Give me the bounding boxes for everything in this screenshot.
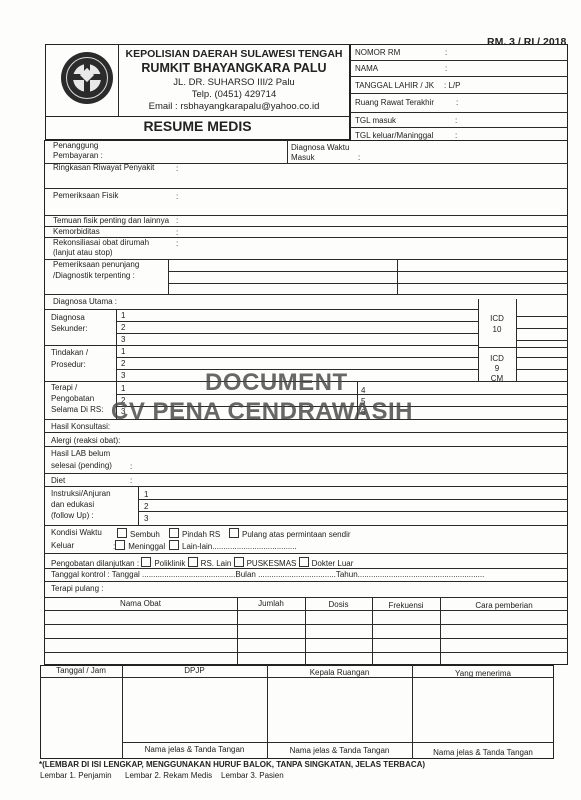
diagnosa-utama-label: Diagnosa Utama : [53,297,117,307]
divider [44,525,568,526]
divider [138,486,139,525]
row-number: 1 [121,384,125,394]
column-header: DPJP [122,666,267,676]
kondisi-option-meninggal[interactable]: :Meninggal [113,540,165,552]
kondisi-option-pulang-sendiri[interactable]: Pulang atas permintaan sendir [229,528,351,540]
column-header: Nama Obat [44,599,237,609]
instruksi-label: (follow Up) : [51,511,94,521]
column-header: Dosis [305,600,372,610]
divider [44,581,568,582]
diet-label: Diet [51,476,65,486]
terapi-label: Pengobatan [51,394,94,404]
row-number: 1 [121,311,125,321]
column-header: Jumlah [237,599,305,609]
option-label: Poliklinik [154,559,185,568]
tgl-masuk-field[interactable] [462,114,564,126]
hospital-phone: Telp. (0451) 429714 [118,90,350,100]
icd10-label: ICD [478,314,516,324]
kemorbiditas-label: Kemorbiditas [53,227,100,237]
checkbox[interactable] [115,540,125,550]
terapi-label: Selama Di RS: [51,405,103,415]
rekonsiliasi-label: (lanjut atau stop) [53,248,113,258]
colon: : [130,462,132,472]
terapi-label: Terapi / [51,383,77,393]
icd9-label: 9 [478,364,516,374]
option-label: RS. Lain [201,559,232,568]
kondisi-option-sembuh[interactable]: Sembuh [117,528,160,540]
penunjang-field[interactable] [399,260,565,293]
checkbox[interactable] [229,528,239,538]
penanggung-field[interactable] [110,148,285,161]
option-label: Dokter Luar [312,559,354,568]
instruksi-label: Instruksi/Anjuran [51,489,111,499]
divider [350,93,568,94]
diagnosa-masuk-label: Masuk [291,153,315,163]
kondisi-label: Keluar [51,541,74,551]
checkbox[interactable] [169,540,179,550]
row-number: 3 [144,514,148,524]
instruksi-label: dan edukasi [51,500,94,510]
penanggung-label: Pembayaran : [53,151,103,161]
rekonsiliasi-field[interactable] [183,238,563,258]
patient-field-label: NOMOR RM [355,48,400,58]
riwayat-field[interactable] [183,164,563,186]
divider [350,76,568,77]
tindakan-label: Prosedur: [51,360,86,370]
checkbox[interactable] [299,557,309,567]
ruang-rawat-field[interactable] [463,96,564,110]
column-header: Tanggal / Jam [40,666,122,676]
divider [44,473,568,474]
lab-label: selesai (pending) [51,461,112,471]
nama-field[interactable] [452,62,564,75]
copy-label: Lembar 1. Penjamin [40,771,112,781]
checkbox[interactable] [234,557,244,567]
checkbox[interactable] [141,557,151,567]
divider [350,60,568,61]
divider [44,568,568,569]
org-name: KEPOLISIAN DAERAH SULAWESI TENGAH [118,49,350,59]
alergi-label: Alergi (reaksi obat): [51,436,120,446]
kondisi-label: Kondisi Waktu [51,528,102,538]
penunjang-label: Pemeriksaan penunjang [53,260,139,270]
patient-field-sep: : [445,48,447,58]
penunjang-label: /Diagnostik terpenting : [53,271,135,281]
divider [516,328,568,329]
signature-caption: Nama jelas & Tanda Tangan [267,746,412,756]
riwayat-label: Ringkasan Riwayat Penyakit [53,163,154,173]
colon: : [130,476,132,486]
diagnosa-sekunder-field[interactable] [128,310,476,344]
patient-field-label: NAMA [355,64,378,74]
lab-pending-field[interactable] [138,448,565,471]
divider [350,112,568,113]
divider [287,140,288,163]
option-label: PUSKESMAS [247,559,297,568]
form-title: RESUME MEDIS [45,121,350,131]
checkbox[interactable] [117,528,127,538]
instruksi-field[interactable] [152,488,565,524]
patient-field-sep: : L/P [444,81,460,91]
divider [44,597,568,598]
alergi-field[interactable] [125,434,565,445]
divider [516,357,568,358]
tanggal-jam-field[interactable] [41,678,121,758]
divider [478,347,568,348]
tindakan-label: Tindakan / [51,348,88,358]
divider [122,742,554,743]
divider [168,259,169,294]
dpjp-signature-field[interactable] [123,678,266,741]
diagnosa-sekunder-label: Diagnosa [51,313,85,323]
penerima-signature-field[interactable] [413,678,553,741]
colon: : [176,216,178,226]
divider [44,432,568,433]
lab-label: Hasil LAB belum [51,449,110,459]
divider [350,127,568,128]
patient-field-label: TGL masuk [355,116,396,126]
hospital-address: JL. DR. SUHARSO III/2 Palu [118,78,350,88]
watermark: DOCUMENT [205,369,348,397]
pengobatan-label: Pengobatan dilanjutkan : [51,559,139,568]
divider [44,294,568,295]
penunjang-field[interactable] [170,260,396,293]
divider [44,486,568,487]
icd9-label: ICD [478,354,516,364]
row-number: 3 [121,335,125,345]
divider [516,369,568,370]
signature-caption: Nama jelas & Tanda Tangan [122,745,267,755]
diagnosa-masuk-field[interactable] [365,149,565,162]
konsultasi-label: Hasil Konsultasi: [51,422,110,432]
terapi-pulang-table-body[interactable] [45,611,567,664]
icd10-label: 10 [478,325,516,335]
kepala-ruangan-signature-field[interactable] [268,678,411,741]
divider [44,446,568,447]
divider [516,316,568,317]
divider [397,259,398,294]
colon: : [176,192,178,202]
diagnosa-utama-field[interactable] [120,296,478,307]
patient-field-sep: : [455,116,457,126]
temuan-label: Temuan fisik penting dan lainnya [53,216,169,226]
copy-label: Lembar 2. Rekam Medis [125,771,212,781]
nomor-rm-field[interactable] [452,46,564,59]
colon: : [176,164,178,174]
patient-field-sep: : [445,64,447,74]
hospital-name: RUMKIT BHAYANGKARA PALU [118,63,350,73]
tanggal-kontrol-field[interactable]: Tanggal kontrol : Tanggal ..............… [51,570,484,580]
temuan-field[interactable] [183,216,563,225]
police-hospital-emblem-icon [61,52,113,104]
pemeriksaan-fisik-label: Pemeriksaan Fisik [53,191,118,201]
divider [516,340,568,341]
divider [44,188,568,189]
copy-label: Lembar 3. Pasien [221,771,284,781]
kondisi-option-lain[interactable]: Lain-lain...............................… [169,540,297,552]
signature-caption: Nama jelas & Tanda Tangan [412,748,554,758]
kemorbiditas-field[interactable] [183,227,563,236]
column-header: Kepala Ruangan [267,668,412,678]
penanggung-label: Penanggung [53,141,98,151]
patient-field-label: Ruang Rawat Terakhir [355,98,434,108]
diagnosa-masuk-label: Diagnosa Waktu [291,143,349,153]
row-number: 3 [121,371,125,381]
divider [44,553,568,554]
tgl-keluar-field[interactable] [462,129,564,140]
footer-note: *(LEMBAR DI ISI LENGKAP, MENGGUNAKAN HUR… [39,760,425,770]
hospital-email: Email : rsbhayangkarapalu@yahoo.co.id [118,102,350,112]
terapi-pulang-label: Terapi pulang : [51,584,103,594]
diet-field[interactable] [138,475,565,485]
row-number: 2 [121,359,125,369]
row-number: 1 [121,347,125,357]
rekonsiliasi-label: Rekonsiliasai obat dirumah [53,238,149,248]
tanggal-lahir-field[interactable] [470,79,564,92]
colon: : [358,153,360,163]
row-number: 2 [121,323,125,333]
checkbox[interactable] [169,528,179,538]
colon: : [176,239,178,249]
pemeriksaan-fisik-field[interactable] [183,190,563,212]
kondisi-option-pindah-rs[interactable]: Pindah RS [169,528,220,540]
diagnosa-sekunder-label: Sekunder: [51,324,87,334]
checkbox[interactable] [188,557,198,567]
patient-field-sep: : [456,98,458,108]
watermark: CV PENA CENDRAWASIH [111,398,413,426]
patient-field-label: TANGGAL LAHIR / JK [355,81,434,91]
